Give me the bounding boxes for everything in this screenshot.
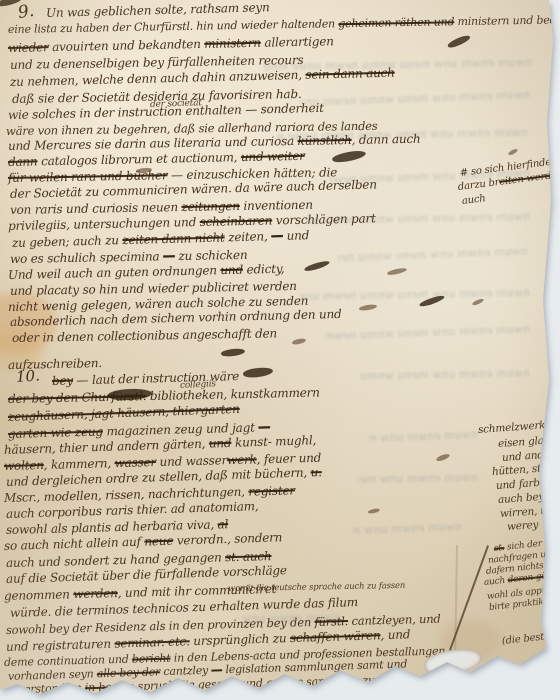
ink-smudge: [331, 149, 366, 165]
margin-note-line: eisen glas: [498, 434, 550, 450]
ink-smudge: [292, 337, 307, 345]
margin-note-line: werey: [507, 519, 539, 533]
manuscript-line: der bey den Churfürstl. bibliotheken, ku…: [8, 385, 320, 406]
ink-smudge: [472, 298, 485, 307]
ink-smudge: [447, 33, 472, 49]
manuscript-page: nwum enwm unw menu wnmu newm unwe mnuw e…: [0, 0, 560, 700]
ink-smudge: [359, 303, 378, 311]
margin-note-line: und andern: [502, 448, 560, 464]
manuscript-line: Un was geblichen solte, rathsam seyn: [46, 0, 270, 20]
bleed-through-text: nwum enwm unw menu wnmu newm unwe mnuw e…: [368, 428, 478, 445]
ink-smudge: [387, 267, 408, 277]
item-number-9: 9.: [17, 1, 36, 23]
paper-tear-hole: [467, 672, 505, 693]
paper-crease: [454, 545, 458, 665]
ink-smudge: [221, 347, 246, 357]
bleed-through-text: nwum enwm unw menu wnmu newm unwe mnuw e…: [352, 520, 462, 537]
ink-smudge: [304, 259, 331, 273]
interlinear-note: der societät: [150, 98, 202, 110]
interlinear-note: collegiis: [180, 379, 216, 391]
margin-note-line: (die bestallung: [501, 628, 560, 647]
page-shadow-wrapper: nwum enwm unw menu wnmu newm unwe mnuw e…: [0, 0, 560, 700]
bleed-through-text: nwum enwm unw menu wnmu newm unwe mnuw e…: [358, 471, 478, 486]
margin-note-line: und farbereyen: [496, 475, 560, 492]
bleed-through-text: nwum enwm unw menu wnmu newm unwe mnuw e…: [360, 367, 530, 383]
margin-note-line: auch: [461, 193, 486, 207]
bleed-through-text: nwum enwm unw menu wnmu newm unwe mnuw e…: [300, 88, 530, 109]
bleed-through-text: nwum enwm unw menu wnmu newm unwe mnuw e…: [325, 322, 530, 342]
margin-note-line: schmelzwerken,: [478, 418, 560, 436]
bleed-through-text: nwum enwm unw menu wnmu newm unwe mnuw e…: [338, 245, 528, 265]
bleed-through-text: nwum enwm unw menu wnmu newm unwe mnuw e…: [300, 286, 530, 303]
manuscript-line: oder in denen collectionibus angeschafft…: [12, 326, 277, 345]
ink-smudge: [508, 148, 519, 156]
ink-blot: [243, 366, 274, 379]
scanned-manuscript-screenshot: { "colors": {"paper":"#e6dac2","ink":"#4…: [0, 0, 560, 700]
interlinear-note: womit die teutsche sprache auch zu fasse…: [228, 581, 405, 594]
ink-smudge: [419, 294, 445, 309]
ink-smudge: [436, 453, 451, 463]
ink-smudge: [368, 508, 381, 515]
manuscript-line: aufzuschreiben.: [8, 356, 102, 372]
manuscript-line: wieder avouirten und bekandten ministern…: [8, 34, 334, 55]
